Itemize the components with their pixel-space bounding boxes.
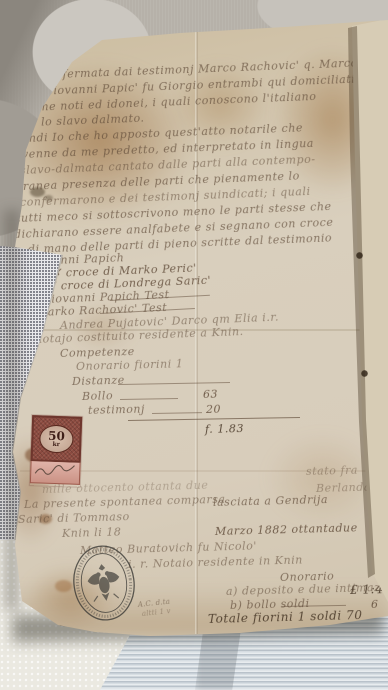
manuscript-line: Knin li 18 (62, 526, 122, 540)
notary-seal (66, 539, 142, 627)
revenue-stamp-oval: 50 kr (39, 424, 74, 453)
wormhole (361, 370, 368, 377)
signature-squiggle-icon (32, 462, 79, 482)
manuscript-line: i. r. Notaio residente in Knin (128, 554, 303, 571)
fee-label: Distanze (72, 375, 125, 388)
revenue-stamp: 50 kr (30, 415, 82, 487)
manuscript-line: stato fra (306, 465, 358, 478)
wormhole (356, 252, 363, 259)
stamp-unit: kr (52, 442, 60, 448)
photo-of-document: e confermata dai testimonj Marco Rachovi… (0, 0, 388, 690)
fees-subtitle: Onorario fiorini 1 (76, 358, 184, 373)
manuscript-line: Saric' di Tommaso (18, 511, 130, 526)
fee-value: 63 (203, 389, 218, 401)
fee-label: Bollo (82, 390, 113, 403)
honorarium-value: 6 (371, 599, 379, 611)
ink-rule (120, 398, 178, 400)
revenue-stamp-panel (30, 461, 81, 485)
revenue-stamp-engraving: 50 kr (31, 415, 83, 463)
honorarium-value: £ 1:4 (350, 583, 384, 597)
ink-rule (128, 417, 300, 421)
fee-value: 20 (206, 404, 221, 416)
fees-total: f. 1.83 (205, 423, 244, 436)
ink-rule (118, 382, 230, 385)
double-eagle-icon (86, 562, 123, 603)
fee-label: testimonj (88, 404, 145, 418)
paper-document: e confermata dai testimonj Marco Rachovi… (0, 0, 388, 690)
ink-blot (55, 580, 72, 592)
